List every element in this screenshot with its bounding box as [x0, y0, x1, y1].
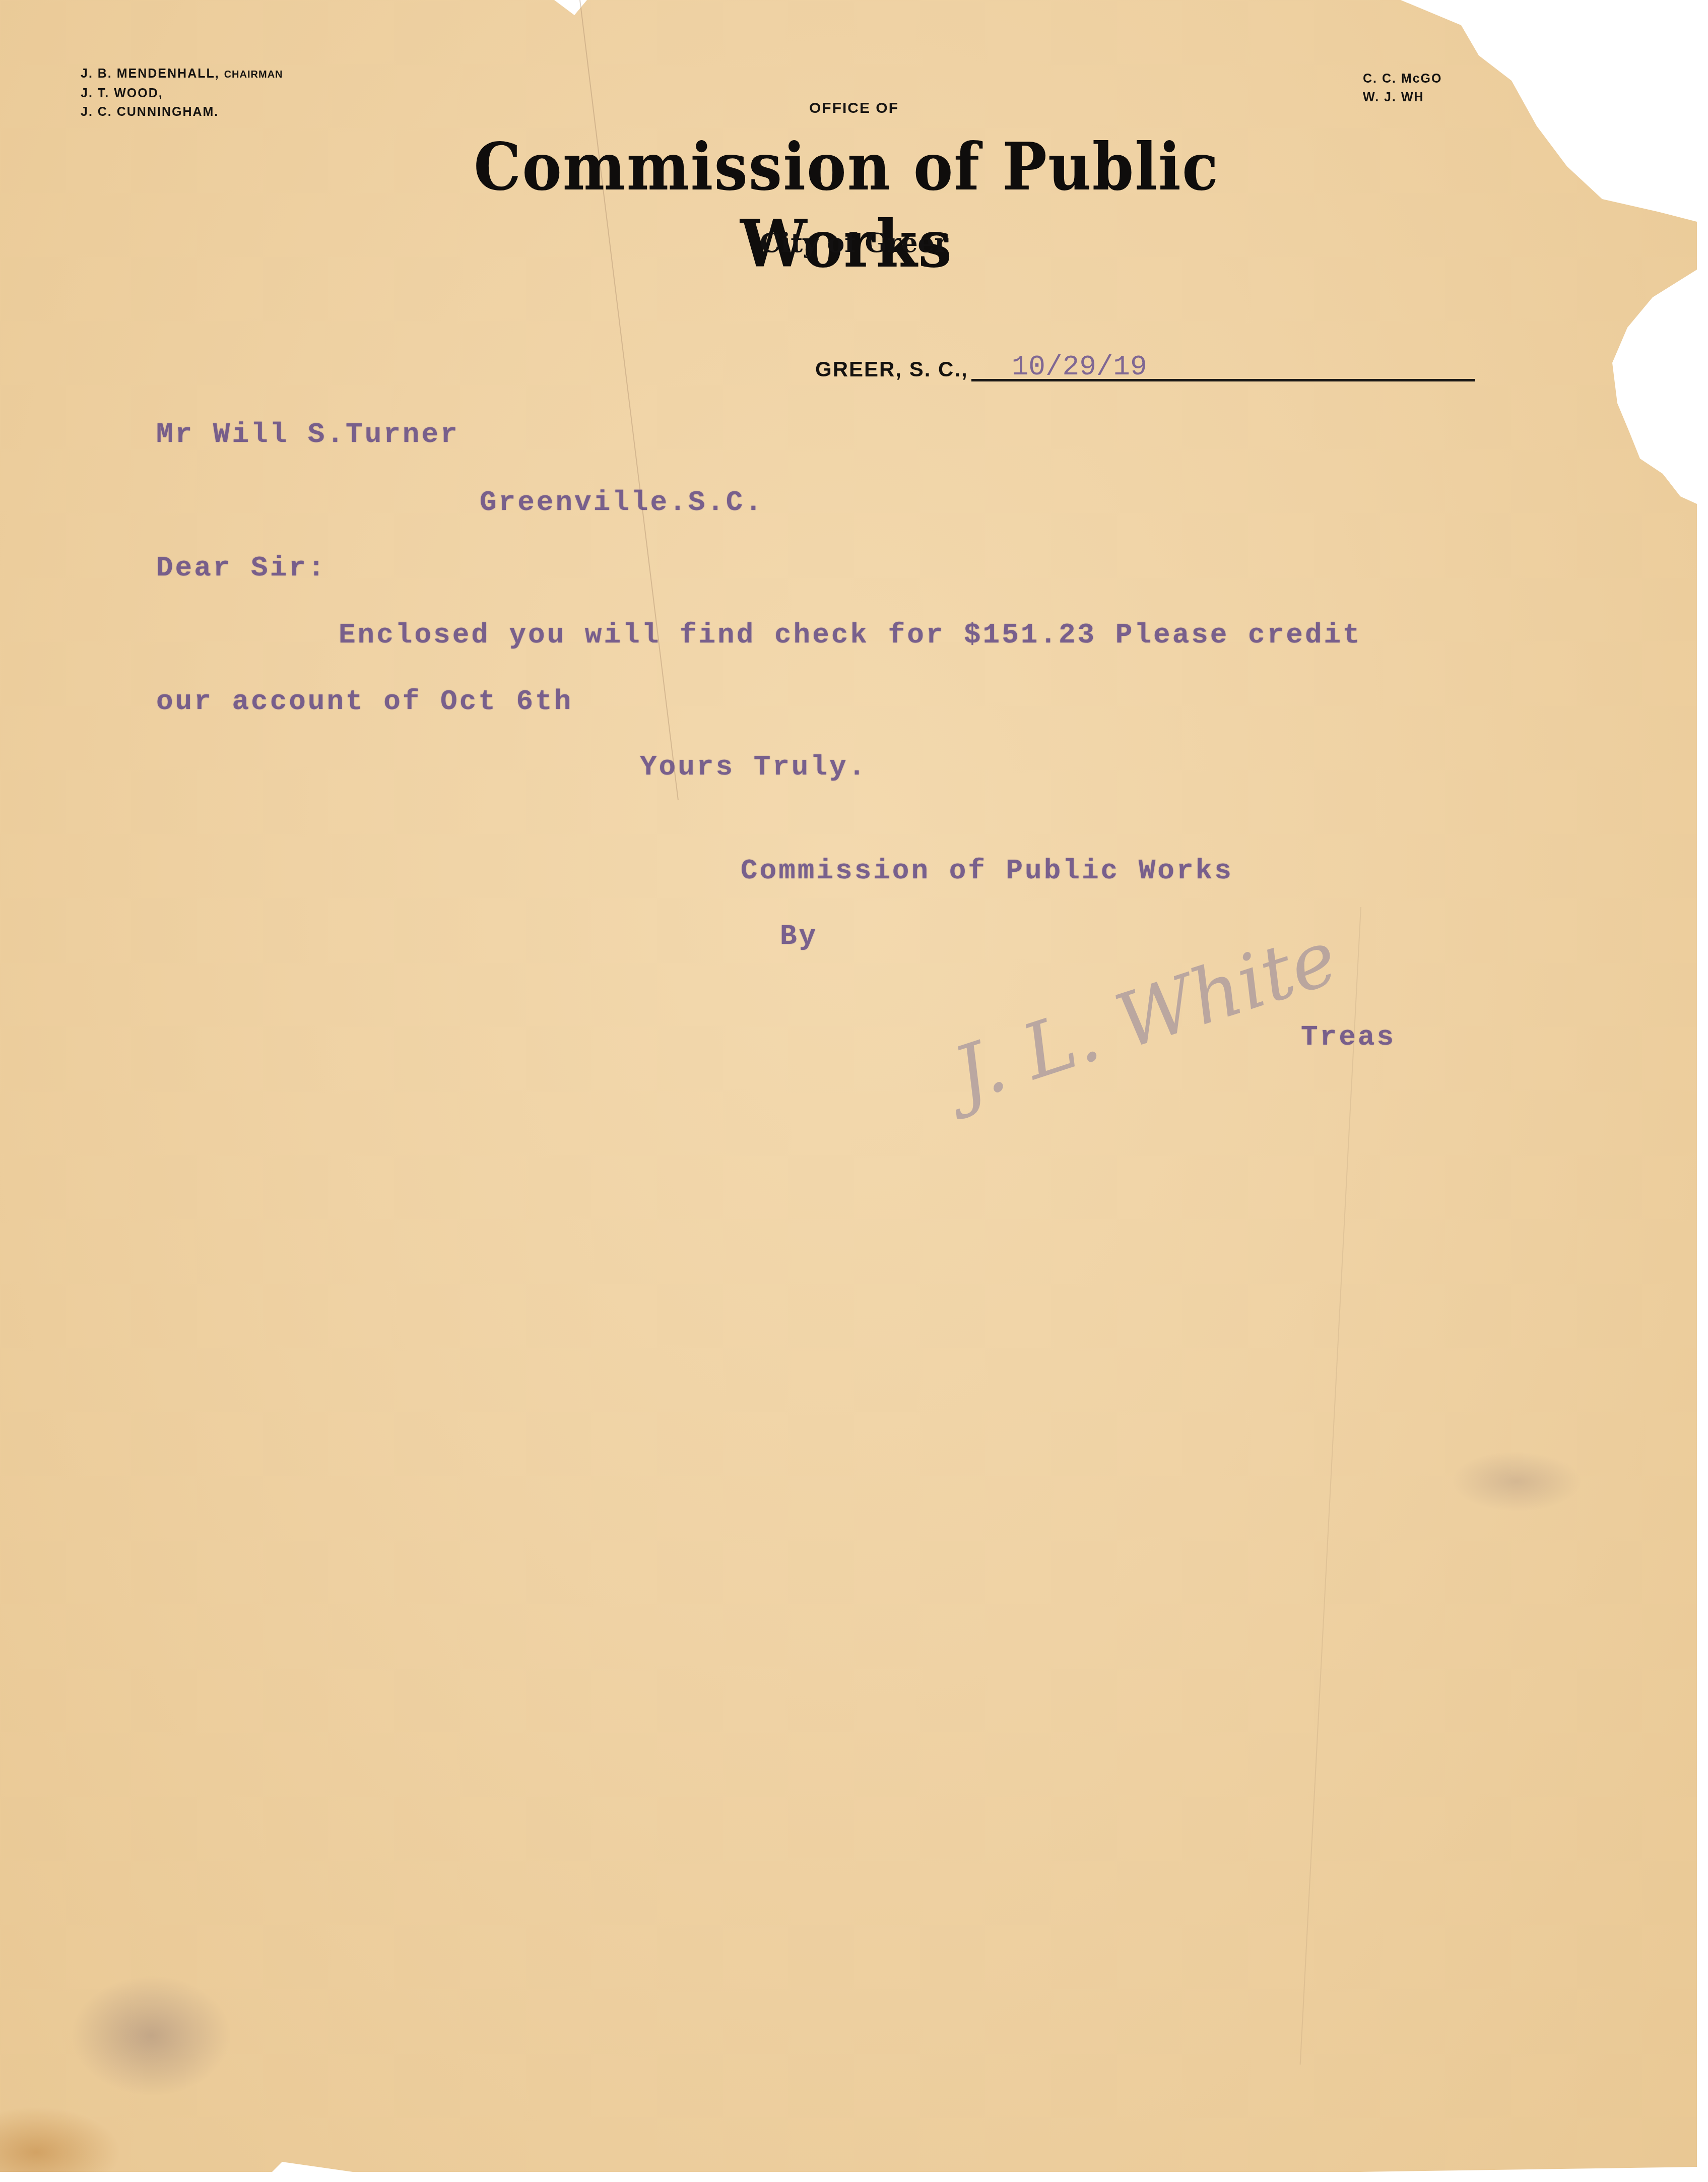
signatory-org: Commission of Public Works [741, 855, 1233, 887]
letter-paper [0, 0, 1698, 2172]
water-stain [0, 2106, 121, 2172]
recipient-name: Mr Will S.Turner [156, 418, 459, 451]
dateline: GREER, S. C., 10/29/19 [815, 356, 1475, 381]
pencil-smudge [1451, 1451, 1582, 1512]
date-field: 10/29/19 [971, 356, 1475, 381]
officer-line: J. B. MENDENHALL, CHAIRMAN [81, 65, 283, 84]
signatory-title: Treas [1301, 1021, 1396, 1053]
closing: Yours Truly. [640, 751, 867, 783]
letterhead-title: Commission of Public Works [443, 128, 1250, 282]
body-line-1: Enclosed you will find check for $151.23… [339, 619, 1362, 651]
date-value: 10/29/19 [1012, 351, 1147, 383]
salutation: Dear Sir: [156, 552, 326, 584]
recipient-city: Greenville.S.C. [480, 486, 764, 519]
by-label: By [780, 920, 818, 952]
letterhead-subtitle: City of Greer [0, 228, 1708, 259]
body-line-2: our account of Oct 6th [156, 685, 573, 718]
dateline-place: GREER, S. C., [815, 357, 968, 381]
pencil-smudge [71, 1975, 232, 2096]
office-of-label: OFFICE OF [0, 100, 1708, 117]
officer-line: C. C. McGO [1363, 70, 1442, 88]
